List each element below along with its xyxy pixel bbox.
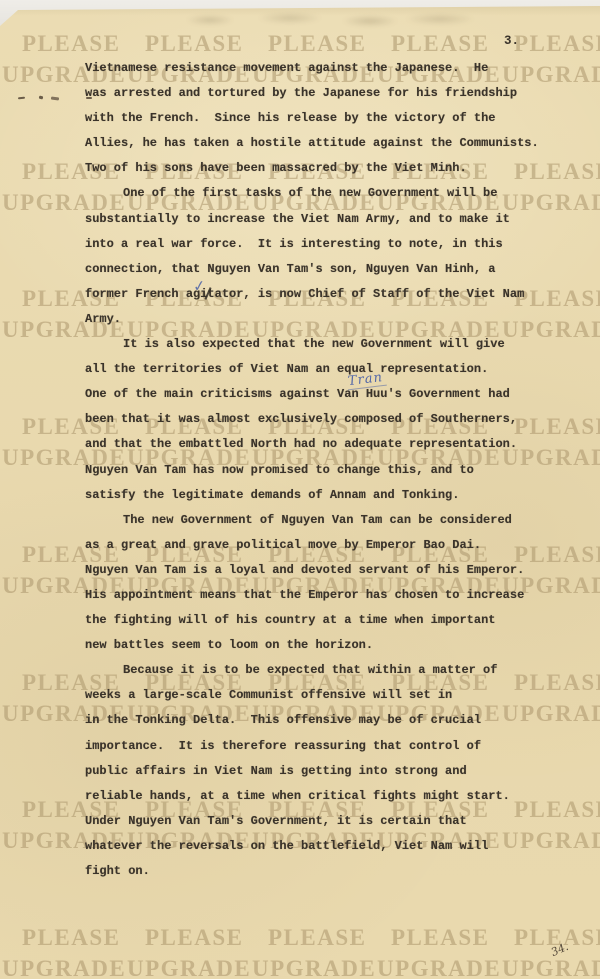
text-line: Because it is to be expected that within… xyxy=(85,658,565,683)
page-number: 3. xyxy=(504,34,519,48)
text-line: the fighting will of his country at a ti… xyxy=(85,608,565,633)
text-line: Under Nguyen Van Tam's Government, it is… xyxy=(85,809,565,834)
watermark-word: PLEASE xyxy=(268,925,366,951)
watermark-word: PLEASE xyxy=(22,925,120,951)
text-line: in the Tonking Delta. This offensive may… xyxy=(85,708,565,733)
text-line: was arrested and tortured by the Japanes… xyxy=(85,81,565,106)
watermark-word: PLEASE xyxy=(514,31,600,57)
text-line: whatever the reversals on the battlefiel… xyxy=(85,834,565,859)
watermark-word: PLEASE xyxy=(22,31,120,57)
watermark-word: UPGRADE xyxy=(502,956,600,979)
document-page: PLEASEUPGRADEPLEASEUPGRADEPLEASEUPGRADEP… xyxy=(0,0,600,979)
watermark-word: UPGRADE xyxy=(127,956,251,979)
text-line: Two of his sons have been massacred by t… xyxy=(85,156,565,181)
text-line: public affairs in Viet Nam is getting in… xyxy=(85,759,565,784)
pencil-mark xyxy=(51,96,59,100)
text-line: fight on. xyxy=(85,859,565,884)
text-line: connection, that Nguyen Van Tam's son, N… xyxy=(85,257,565,282)
handwritten-checkmark-icon: ✓ xyxy=(192,276,207,296)
watermark-word: UPGRADE xyxy=(2,956,126,979)
watermark-word: PLEASE xyxy=(145,925,243,951)
text-line: and that the embattled North had no adeq… xyxy=(85,432,565,457)
text-line: former French agitator, is now Chief of … xyxy=(85,282,565,307)
text-line: It is also expected that the new Governm… xyxy=(85,332,565,357)
text-line: substantially to increase the Viet Nam A… xyxy=(85,207,565,232)
margin-marks xyxy=(18,94,98,104)
pencil-mark xyxy=(86,97,92,99)
document-text: Vietnamese resistance movement against t… xyxy=(85,56,565,884)
watermark-word: PLEASE xyxy=(268,31,366,57)
text-line: reliable hands, at a time when critical … xyxy=(85,784,565,809)
scanned-document: PLEASEUPGRADEPLEASEUPGRADEPLEASEUPGRADEP… xyxy=(0,0,600,979)
text-line: with the French. Since his release by th… xyxy=(85,106,565,131)
watermark-word: PLEASE xyxy=(145,31,243,57)
text-line: One of the main criticisms against Van H… xyxy=(85,382,565,407)
text-line: Nguyen Van Tam has now promised to chang… xyxy=(85,458,565,483)
text-line: Vietnamese resistance movement against t… xyxy=(85,56,565,81)
text-line: all the territories of Viet Nam an equal… xyxy=(85,357,565,382)
text-line: His appointment means that the Emperor h… xyxy=(85,583,565,608)
watermark-word: UPGRADE xyxy=(377,956,501,979)
pencil-mark xyxy=(18,97,25,100)
text-line: Nguyen Van Tam is a loyal and devoted se… xyxy=(85,558,565,583)
pencil-mark xyxy=(39,96,44,100)
text-line: been that it was almost exclusively comp… xyxy=(85,407,565,432)
text-line: The new Government of Nguyen Van Tam can… xyxy=(85,508,565,533)
text-line: as a great and grave political move by E… xyxy=(85,533,565,558)
text-line: into a real war force. It is interesting… xyxy=(85,232,565,257)
watermark-word: PLEASE xyxy=(391,925,489,951)
text-line: importance. It is therefore reassuring t… xyxy=(85,734,565,759)
text-line: weeks a large-scale Communist offensive … xyxy=(85,683,565,708)
text-line: One of the first tasks of the new Govern… xyxy=(85,181,565,206)
text-line: new battles seem to loom on the horizon. xyxy=(85,633,565,658)
text-line: Allies, he has taken a hostile attitude … xyxy=(85,131,565,156)
text-line: Army. xyxy=(85,307,565,332)
text-line: satisfy the legitimate demands of Annam … xyxy=(85,483,565,508)
watermark-word: PLEASE xyxy=(391,31,489,57)
watermark-word: UPGRADE xyxy=(252,956,376,979)
